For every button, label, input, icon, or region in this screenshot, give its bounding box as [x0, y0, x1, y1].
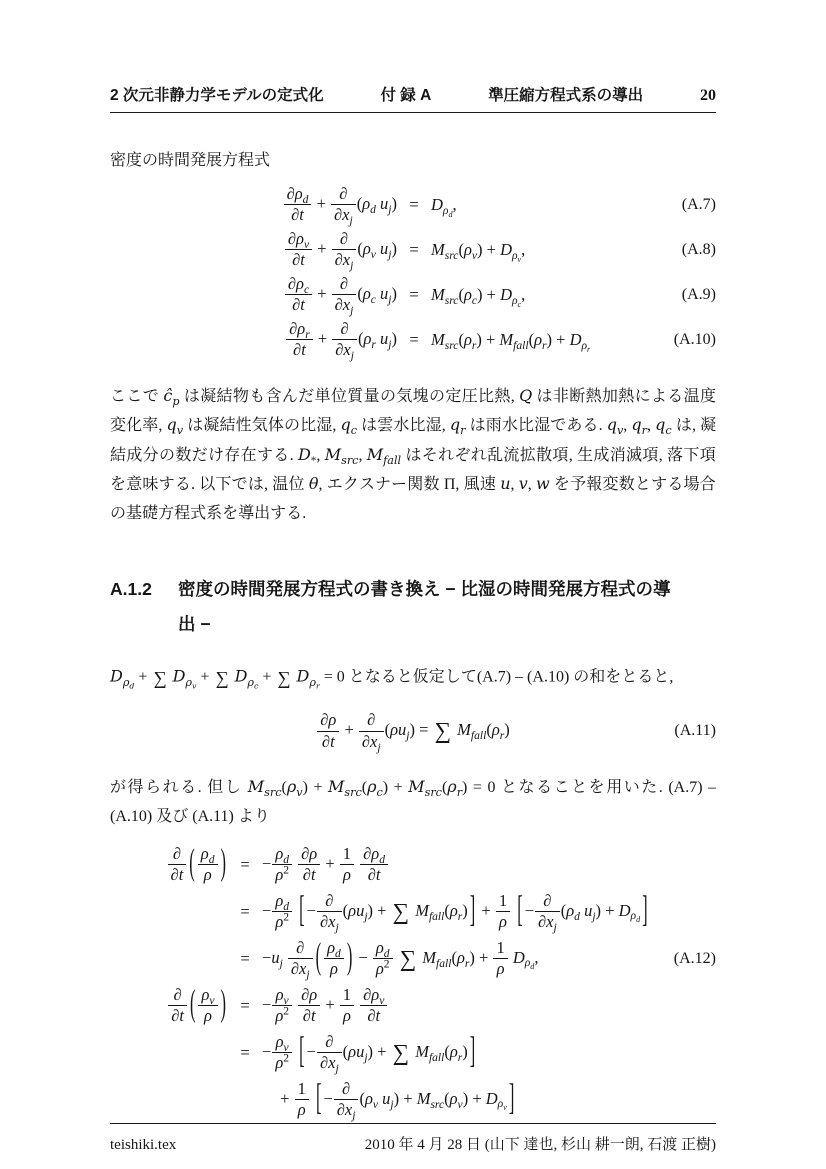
paragraph-source-term-note: が得られる. 但し Msrc(ρv) + Msrc(ρc) + Msrc(ρr)…	[110, 773, 716, 831]
equals-sign: =	[228, 996, 262, 1016]
equation-row: =−ρvρ2 [−∂∂xj(ρuj) + ∑ Mfall(ρr)]	[110, 1029, 716, 1076]
equation-lhs: ∂ρr∂t + ∂∂xj(ρr uj)	[110, 320, 397, 360]
equation-row: ∂ρc∂t + ∂∂xj(ρc uj)=Msrc(ρc) + Dρc,(A.9)	[110, 272, 716, 317]
page-number: 20	[700, 87, 716, 105]
equation-rhs: + 1ρ [−∂∂xj(ρv uj) + Msrc(ρv) + Dρv]	[262, 1080, 660, 1120]
paragraph-symbol-definitions: ここで ĉp は凝結物も含んだ単位質量の気塊の定圧比熱, Q は非断熱加熱による…	[110, 382, 716, 528]
equation-rhs: −uj ∂∂xj(ρdρ) − ρdρ2 ∑ Mfall(ρr) + 1ρ Dρ…	[262, 939, 660, 979]
header-chapter-title: 2 次元非静力学モデルの定式化	[110, 83, 324, 105]
equation-group-density-evolution: ∂ρd∂t + ∂∂xj(ρd uj)=Dρd,(A.7)∂ρv∂t + ∂∂x…	[110, 182, 716, 362]
equation-tag: (A.12)	[660, 950, 716, 968]
equals-sign: =	[228, 902, 262, 922]
equation-tag: (A.10)	[660, 331, 716, 349]
equals-sign: =	[228, 1043, 262, 1063]
section-heading: A.1.2 密度の時間発展方程式の書き換え − 比湿の時間発展方程式の導出 −	[110, 572, 716, 642]
equation-row: ∂ρd∂t + ∂∂xj(ρd uj)=Dρd,(A.7)	[110, 182, 716, 227]
equals-sign: =	[228, 855, 262, 875]
header-appendix-label: 付 録 A	[380, 83, 431, 105]
equation-row: ∂ρv∂t + ∂∂xj(ρv uj)=Msrc(ρv) + Dρv,(A.8)	[110, 227, 716, 272]
equation-group-mixing-ratio: ∂∂t(ρdρ)=−ρdρ2 ∂ρ∂t + 1ρ ∂ρd∂t=−ρdρ2 [−∂…	[110, 841, 716, 1123]
equation-row: =−ρdρ2 [−∂∂xj(ρuj) + ∑ Mfall(ρr)] + 1ρ […	[110, 888, 716, 935]
equation-row: ∂∂t(ρvρ)=−ρvρ2 ∂ρ∂t + 1ρ ∂ρv∂t	[110, 982, 716, 1029]
equals-sign: =	[397, 330, 431, 350]
equation-rhs: −ρvρ2 [−∂∂xj(ρuj) + ∑ Mfall(ρr)]	[262, 1033, 660, 1073]
equation-lhs: ∂ρv∂t + ∂∂xj(ρv uj)	[110, 230, 397, 270]
equation-rhs: −ρdρ2 ∂ρ∂t + 1ρ ∂ρd∂t	[262, 845, 660, 885]
footer-filename: teishiki.tex	[110, 1137, 176, 1154]
equation-rhs: −ρdρ2 [−∂∂xj(ρuj) + ∑ Mfall(ρr)] + 1ρ [−…	[262, 892, 660, 932]
section-number: A.1.2	[110, 572, 178, 642]
equation-lhs: ∂ρd∂t + ∂∂xj(ρd uj)	[110, 185, 397, 225]
equation-lhs: ∂∂t(ρvρ)	[110, 986, 228, 1026]
equation-a11-body: ∂ρ∂t + ∂∂xj(ρuj) = ∑ Mfall(ρr)	[316, 711, 509, 751]
document-page: 2 次元非静力学モデルの定式化 付 録 A 準圧縮方程式系の導出 20 密度の時…	[0, 0, 826, 1169]
equation-row: + 1ρ [−∂∂xj(ρv uj) + Msrc(ρv) + Dρv]	[110, 1076, 716, 1123]
section-title: 密度の時間発展方程式の書き換え − 比湿の時間発展方程式の導出 −	[178, 572, 683, 642]
equation-row: ∂∂t(ρdρ)=−ρdρ2 ∂ρ∂t + 1ρ ∂ρd∂t	[110, 841, 716, 888]
equation-rhs: Msrc(ρc) + Dρc,	[431, 285, 660, 305]
footer-date-authors: 2010 年 4 月 28 日 (山下 達也, 杉山 耕一朗, 石渡 正樹)	[365, 1133, 716, 1154]
equation-a11: ∂ρ∂t + ∂∂xj(ρuj) = ∑ Mfall(ρr) (A.11)	[110, 705, 716, 757]
equation-rhs: −ρvρ2 ∂ρ∂t + 1ρ ∂ρv∂t	[262, 986, 660, 1026]
equation-rhs: Msrc(ρv) + Dρv,	[431, 240, 660, 260]
page-footer: teishiki.tex 2010 年 4 月 28 日 (山下 達也, 杉山 …	[110, 1123, 716, 1154]
paragraph-diffusion-assumption: Dρd + ∑ Dρv + ∑ Dρc + ∑ Dρr = 0 となると仮定して…	[110, 662, 716, 695]
equation-tag: (A.8)	[660, 241, 716, 259]
equation-rhs: Dρd,	[431, 195, 660, 215]
equation-tag: (A.9)	[660, 286, 716, 304]
equation-lhs: ∂∂t(ρdρ)	[110, 845, 228, 885]
equation-lhs: ∂ρc∂t + ∂∂xj(ρc uj)	[110, 275, 397, 315]
equals-sign: =	[397, 285, 431, 305]
equals-sign: =	[397, 195, 431, 215]
equation-row: =−uj ∂∂xj(ρdρ) − ρdρ2 ∑ Mfall(ρr) + 1ρ D…	[110, 935, 716, 982]
equals-sign: =	[397, 240, 431, 260]
equation-tag: (A.7)	[660, 196, 716, 214]
header-appendix-title: 準圧縮方程式系の導出	[488, 83, 643, 105]
equations-lead-text: 密度の時間発展方程式	[110, 147, 716, 170]
equation-rhs: Msrc(ρr) + Mfall(ρr) + Dρr	[431, 330, 660, 350]
equals-sign: =	[228, 949, 262, 969]
equation-a11-tag: (A.11)	[674, 722, 716, 740]
page-header: 2 次元非静力学モデルの定式化 付 録 A 準圧縮方程式系の導出 20	[110, 83, 716, 113]
equation-row: ∂ρr∂t + ∂∂xj(ρr uj)=Msrc(ρr) + Mfall(ρr)…	[110, 317, 716, 362]
